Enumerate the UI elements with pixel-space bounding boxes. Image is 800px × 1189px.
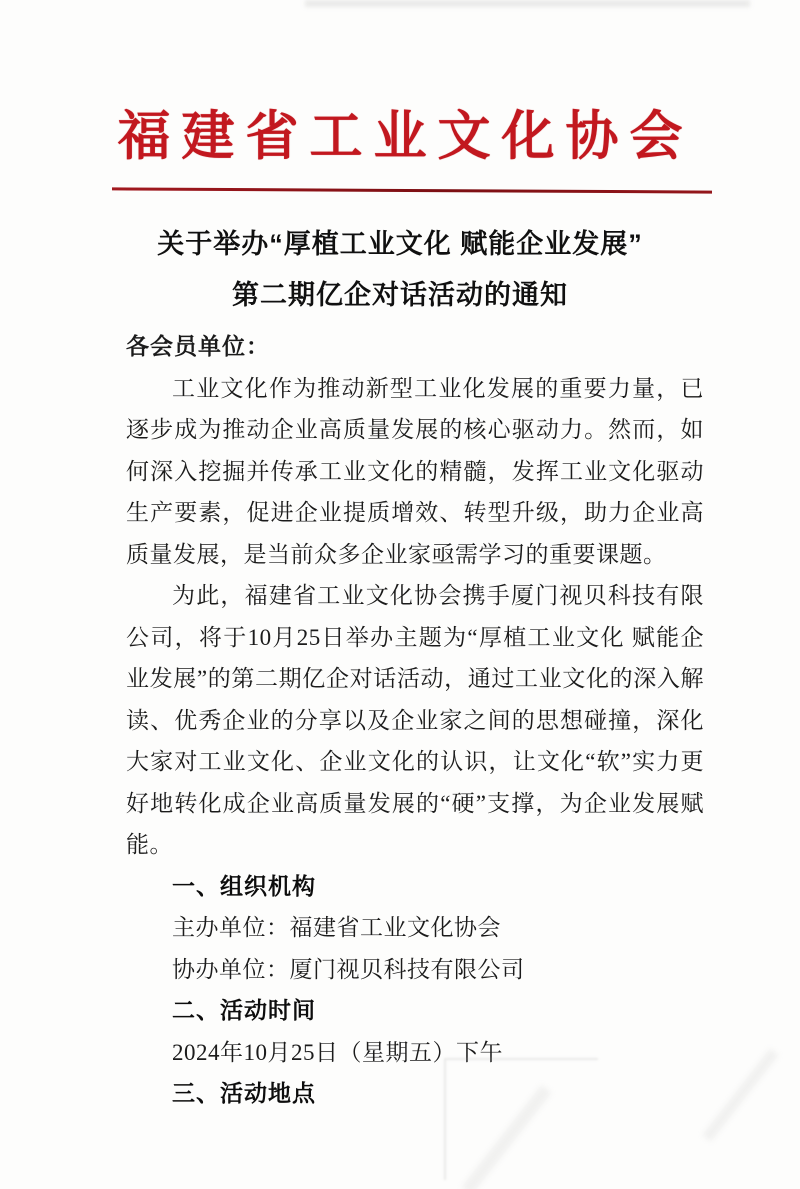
section-line-cohost: 协办单位：厦门视贝科技有限公司 <box>172 949 704 991</box>
section-heading-time: 二、活动时间 <box>172 990 704 1032</box>
doc-body: 各会员单位： 工业文化作为推动新型工业化发展的重要力量，已逐步成为推动企业高质量… <box>126 326 704 1115</box>
salutation: 各会员单位： <box>126 326 704 368</box>
section-heading-location: 三、活动地点 <box>172 1073 704 1115</box>
section-heading-organization: 一、组织机构 <box>172 866 704 908</box>
letterhead-rule <box>112 187 712 193</box>
doc-title: 关于举办“厚植工业文化 赋能企业发展” 第二期亿企对话活动的通知 <box>0 219 800 321</box>
section-line-datetime: 2024年10月25日（星期五）下午 <box>172 1032 704 1074</box>
scan-artifact-top <box>305 0 750 7</box>
letterhead: 福建省工业文化协会 <box>0 0 800 192</box>
org-name: 福建省工业文化协会 <box>0 0 800 168</box>
paragraph: 为此，福建省工业文化协会携手厦门视贝科技有限公司，将于10月25日举办主题为“厚… <box>126 575 704 866</box>
section-line-host: 主办单位：福建省工业文化协会 <box>172 907 704 949</box>
scan-artifact-watermark <box>702 1048 778 1141</box>
paragraph: 工业文化作为推动新型工业化发展的重要力量，已逐步成为推动企业高质量发展的核心驱动… <box>126 368 704 576</box>
doc-title-line1: 关于举办“厚植工业文化 赋能企业发展” <box>0 219 800 270</box>
document-page: 福建省工业文化协会 关于举办“厚植工业文化 赋能企业发展” 第二期亿企对话活动的… <box>0 0 800 1189</box>
doc-title-line2: 第二期亿企对话活动的通知 <box>0 270 800 321</box>
